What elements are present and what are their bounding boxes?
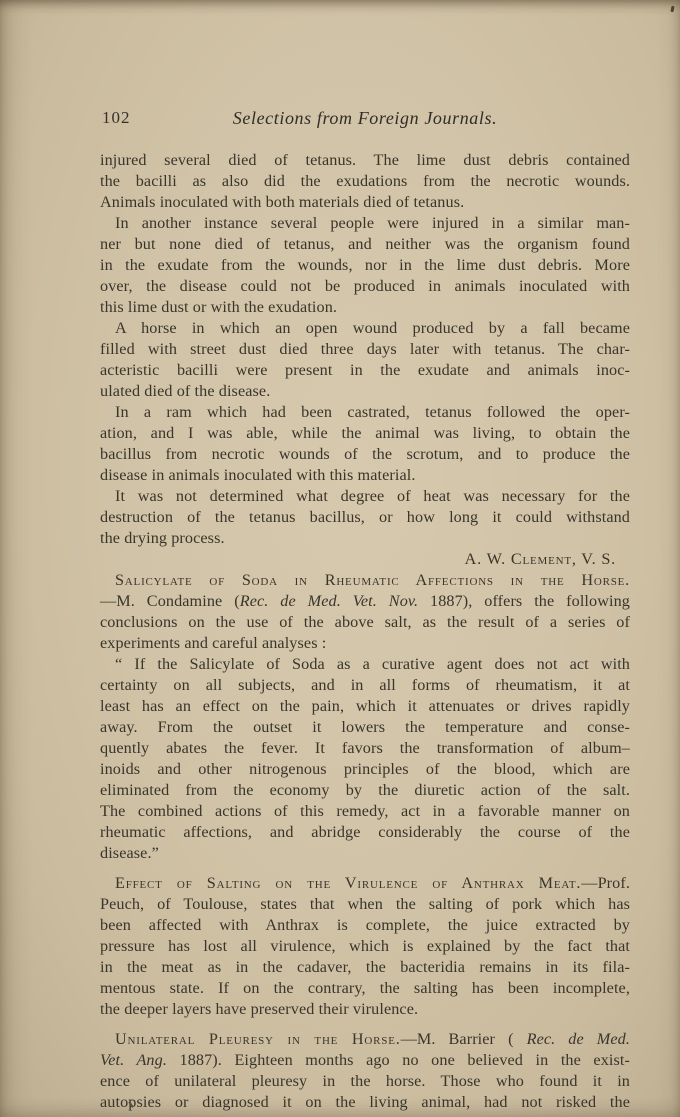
- text-line: Unilateral Pleuresy in the Horse.—M. Bar…: [100, 1029, 630, 1050]
- text-line: Salicylate of Soda in Rheumatic Affectio…: [100, 570, 630, 591]
- text-line: the bacilli as also did the exudations f…: [100, 171, 630, 192]
- text-line: injured several died of tetanus. The lim…: [100, 150, 630, 171]
- signature-clement: A. W. Clement, V. S.: [100, 549, 630, 570]
- text-line: quently abates the fever. It favors the …: [100, 738, 630, 759]
- text-line: It was not determined what degree of hea…: [100, 486, 630, 507]
- text-line: the deeper layers have preserved their v…: [100, 999, 630, 1020]
- text-line: in the meat as in the cadaver, the bacte…: [100, 957, 630, 978]
- text-line: experiments and careful analyses :: [100, 633, 630, 654]
- text-line: acteristic bacilli were present in the e…: [100, 360, 630, 381]
- text-line: the drying process.: [100, 528, 630, 549]
- text-line: disease in animals inoculated with this …: [100, 465, 630, 486]
- text-line: in the exudate from the wounds, nor in t…: [100, 255, 630, 276]
- paragraph-salicylate-quote: “ If the Salicylate of Soda as a curativ…: [100, 654, 630, 864]
- text-line: conclusions on the use of the above salt…: [100, 612, 630, 633]
- text-line: “ If the Salicylate of Soda as a curativ…: [100, 654, 630, 675]
- text-line: Animals inoculated with both materials d…: [100, 192, 630, 213]
- text-line: A. W. Clement, V. S.: [100, 549, 630, 570]
- text-line: —M. Condamine (Rec. de Med. Vet. Nov. 18…: [100, 591, 630, 612]
- text-line: The combined actions of this remedy, act…: [100, 801, 630, 822]
- text-line: disease.”: [100, 843, 630, 864]
- section-unilateral-pleuresy: Unilateral Pleuresy in the Horse.—M. Bar…: [100, 1029, 630, 1113]
- text-line: destruction of the tetanus bacillus, or …: [100, 507, 630, 528]
- text-line: over, the disease could not be produced …: [100, 276, 630, 297]
- text-line: pressure has lost all virulence, which i…: [100, 936, 630, 957]
- scanned-page: 102 Selections from Foreign Journals. in…: [0, 0, 680, 1117]
- text-line: ence of unilateral pleuresy in the horse…: [100, 1071, 630, 1092]
- text-line: Vet. Ang. 1887). Eighteen months ago no …: [100, 1050, 630, 1071]
- paragraph-ram-castrated: In a ram which had been castrated, tetan…: [100, 402, 630, 486]
- text-line: certainty on all subjects, and in all fo…: [100, 675, 630, 696]
- text-line: been affected with Anthrax is complete, …: [100, 915, 630, 936]
- paragraph-horse-open-wound: A horse in which an open wound produced …: [100, 318, 630, 402]
- section-anthrax-salting: Effect of Salting on the Virulence of An…: [100, 873, 630, 1020]
- paragraph-heat-degree: It was not determined what degree of hea…: [100, 486, 630, 549]
- text-line: In a ram which had been castrated, tetan…: [100, 402, 630, 423]
- text-line: this lime dust or with the exudation.: [100, 297, 630, 318]
- text-line: away. From the outset it lowers the temp…: [100, 717, 630, 738]
- scan-speck: [670, 6, 674, 12]
- text-line: eliminated from the economy by the diure…: [100, 780, 630, 801]
- running-title: Selections from Foreign Journals.: [100, 108, 630, 129]
- text-line: ation, and I was able, while the animal …: [100, 423, 630, 444]
- page-body: injured several died of tetanus. The lim…: [100, 150, 630, 1113]
- text-line: least has an effect on the pain, which i…: [100, 696, 630, 717]
- paragraph-tetanus-lime-dust: injured several died of tetanus. The lim…: [100, 150, 630, 213]
- page-header: 102 Selections from Foreign Journals.: [100, 0, 630, 132]
- text-line: filled with street dust died three days …: [100, 339, 630, 360]
- page-number: 102: [102, 108, 131, 128]
- text-line: autopsies or diagnosed it on the living …: [100, 1092, 630, 1113]
- text-line: inoids and other nitrogenous principles …: [100, 759, 630, 780]
- text-line: ner but none died of tetanus, and neithe…: [100, 234, 630, 255]
- text-line: bacillus from necrotic wounds of the scr…: [100, 444, 630, 465]
- text-line: ulated died of the disease.: [100, 381, 630, 402]
- text-line: A horse in which an open wound produced …: [100, 318, 630, 339]
- text-line: mentous state. If on the contrary, the s…: [100, 978, 630, 999]
- text-line: rheumatic affections, and abridge consid…: [100, 822, 630, 843]
- paragraph-another-instance: In another instance several people were …: [100, 213, 630, 318]
- text-line: Peuch, of Toulouse, states that when the…: [100, 894, 630, 915]
- section-salicylate-intro: Salicylate of Soda in Rheumatic Affectio…: [100, 570, 630, 654]
- text-line: In another instance several people were …: [100, 213, 630, 234]
- text-line: Effect of Salting on the Virulence of An…: [100, 873, 630, 894]
